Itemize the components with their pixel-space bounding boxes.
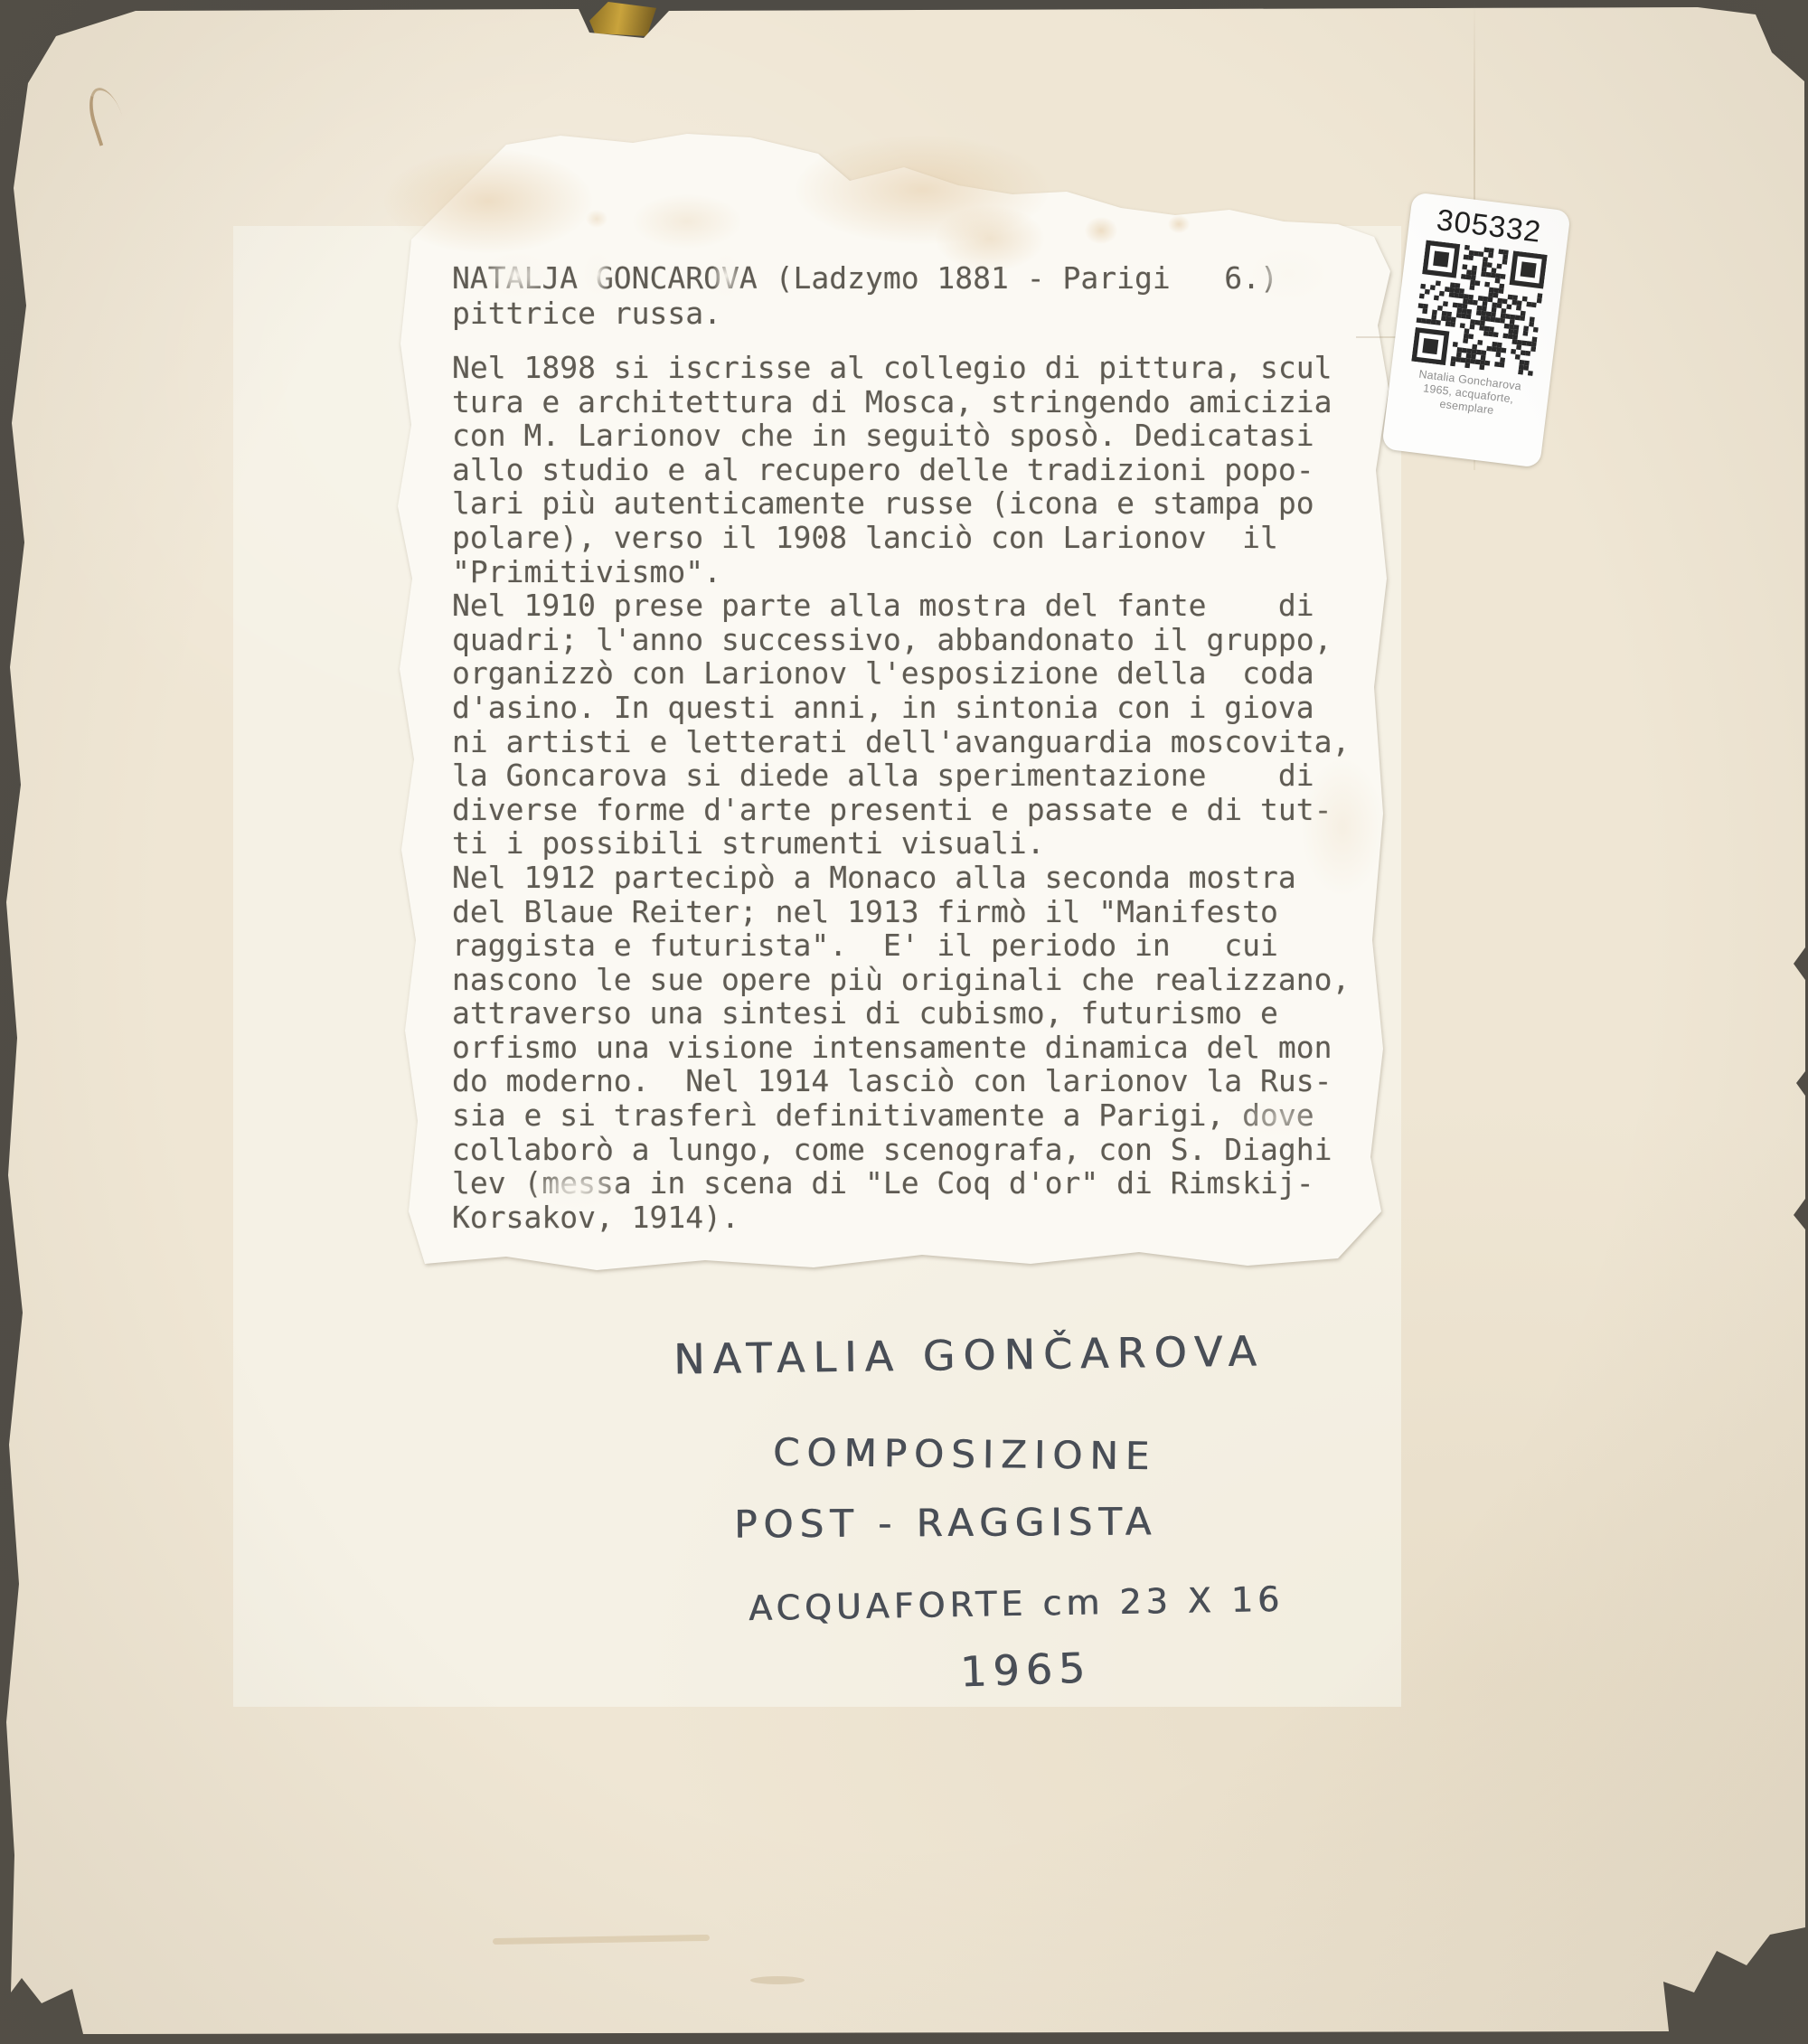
torn-corner-gold-fragment [589, 2, 656, 36]
handwritten-year: 1965 [959, 1643, 1092, 1696]
handwritten-work-subtitle: POST - RAGGISTA [734, 1499, 1158, 1546]
handwritten-artist-name: NATALIA GONČAROVA [673, 1326, 1265, 1383]
typed-label-body: Nel 1898 si iscrisse al collegio di pitt… [452, 351, 1350, 1234]
typed-label-header: NATALJA GONCAROVA (Ladzymo 1881 - Parigi… [452, 260, 1278, 331]
sticker-caption: Natalia Goncharova 1965, acquaforte, ese… [1415, 368, 1522, 421]
qr-code-icon [1411, 240, 1547, 375]
handwritten-work-title: COMPOSIZIONE [773, 1430, 1157, 1478]
smudge-mark [750, 1976, 805, 1984]
inventory-sticker: 305332 Natalia Goncharova 1965, acquafor… [1381, 192, 1571, 467]
photo-of-artwork-back: NATALJA GONCAROVA (Ladzymo 1881 - Parigi… [0, 0, 1808, 2044]
